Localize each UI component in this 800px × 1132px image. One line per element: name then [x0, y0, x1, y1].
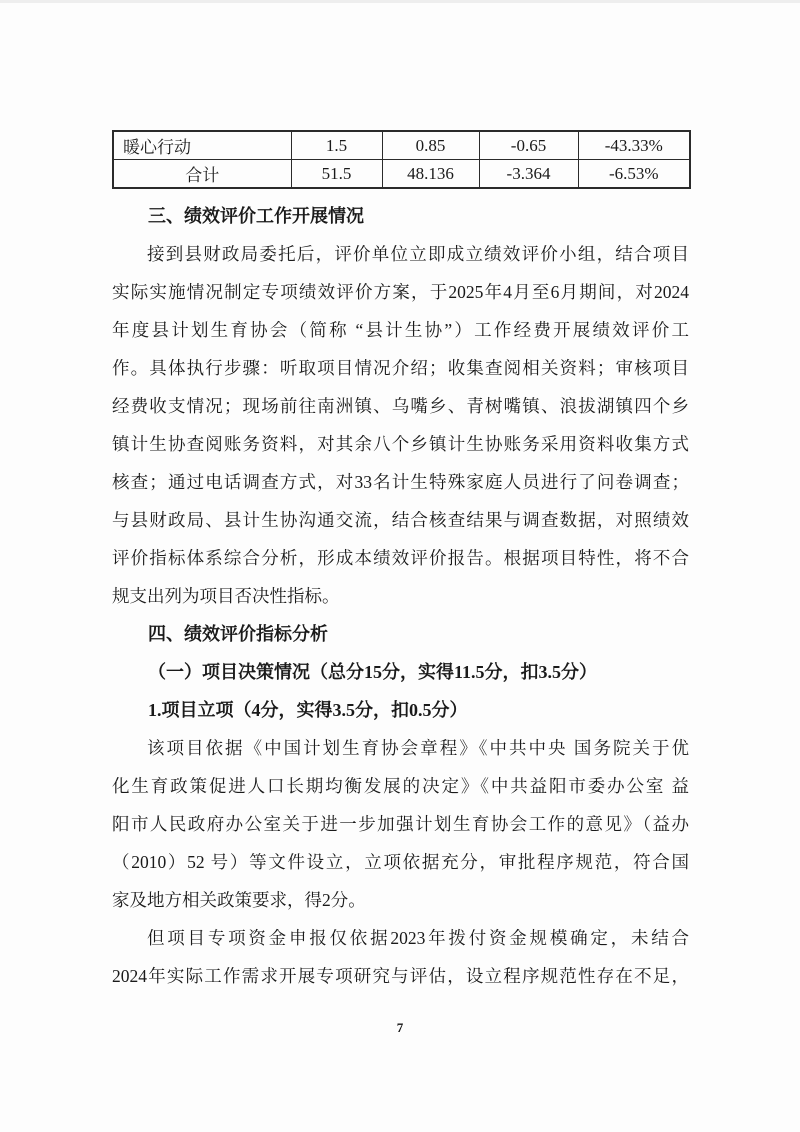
table-row-total: 合计 51.5 48.136 -3.364 -6.53% — [113, 160, 690, 189]
body-line: 化生育政策促进人口长期均衡发展的决定》《中共益阳市委办公室 益 — [112, 767, 689, 805]
table-cell-item-name: 合计 — [113, 160, 291, 189]
body-line: 年度县计划生育协会（简称 “县计生协”）工作经费开展绩效评价工 — [112, 311, 689, 349]
body-line: 接到县财政局委托后，评价单位立即成立绩效评价小组，结合项目 — [112, 235, 689, 273]
body-line: 家及地方相关政策要求，得2分。 — [112, 881, 689, 919]
section4-heading: 四、绩效评价指标分析 — [112, 615, 689, 653]
table-cell-difference: -0.65 — [479, 131, 578, 160]
table-cell-change-rate: -43.33% — [578, 131, 690, 160]
body-line: （2010）52 号）等文件设立，立项依据充分，审批程序规范，符合国 — [112, 843, 689, 881]
table-cell-actual: 48.136 — [382, 160, 479, 189]
body-line: 实际实施情况制定专项绩效评价方案，于2025年4月至6月期间，对2024 — [112, 273, 689, 311]
page-top-edge — [0, 0, 800, 3]
body-line: 核查；通过电话调查方式，对33名计生特殊家庭人员进行了问卷调查； — [112, 463, 689, 501]
table-cell-budget: 51.5 — [291, 160, 382, 189]
body-line: 2024年实际工作需求开展专项研究与评估，设立程序规范性存在不足， — [112, 957, 689, 995]
body-line: 阳市人民政府办公室关于进一步加强计划生育协会工作的意见》（益办 — [112, 805, 689, 843]
section4-sub1-1-heading: 1.项目立项（4分，实得3.5分，扣0.5分） — [112, 691, 689, 729]
funding-summary-table: 暖心行动 1.5 0.85 -0.65 -43.33% 合计 51.5 48.1… — [112, 130, 691, 189]
body-line: 镇计生协查阅账务资料，对其余八个乡镇计生协账务采用资料收集方式 — [112, 425, 689, 463]
table-row-warm-action: 暖心行动 1.5 0.85 -0.65 -43.33% — [113, 131, 690, 160]
table-cell-budget: 1.5 — [291, 131, 382, 160]
body-line: 该项目依据《中国计划生育协会章程》《中共中央 国务院关于优 — [112, 729, 689, 767]
page-number: 7 — [0, 1020, 800, 1036]
section3-heading: 三、绩效评价工作开展情况 — [112, 197, 689, 235]
body-line: 经费收支情况；现场前往南洲镇、乌嘴乡、青树嘴镇、浪拔湖镇四个乡 — [112, 387, 689, 425]
body-line: 但项目专项资金申报仅依据2023年拨付资金规模确定，未结合 — [112, 919, 689, 957]
body-line: 与县财政局、县计生协沟通交流，结合核查结果与调查数据，对照绩效 — [112, 501, 689, 539]
table-cell-change-rate: -6.53% — [578, 160, 690, 189]
body-line: 作。具体执行步骤：听取项目情况介绍；收集查阅相关资料；审核项目 — [112, 349, 689, 387]
table-cell-actual: 0.85 — [382, 131, 479, 160]
table-cell-item-name: 暖心行动 — [113, 131, 291, 160]
table-heading-gap — [112, 189, 689, 197]
document-page: 暖心行动 1.5 0.85 -0.65 -43.33% 合计 51.5 48.1… — [112, 130, 689, 995]
table-cell-difference: -3.364 — [479, 160, 578, 189]
body-line: 规支出列为项目否决性指标。 — [112, 577, 689, 615]
section4-sub1-heading: （一）项目决策情况（总分15分，实得11.5分，扣3.5分） — [112, 653, 689, 691]
body-line: 评价指标体系综合分析，形成本绩效评价报告。根据项目特性，将不合 — [112, 539, 689, 577]
